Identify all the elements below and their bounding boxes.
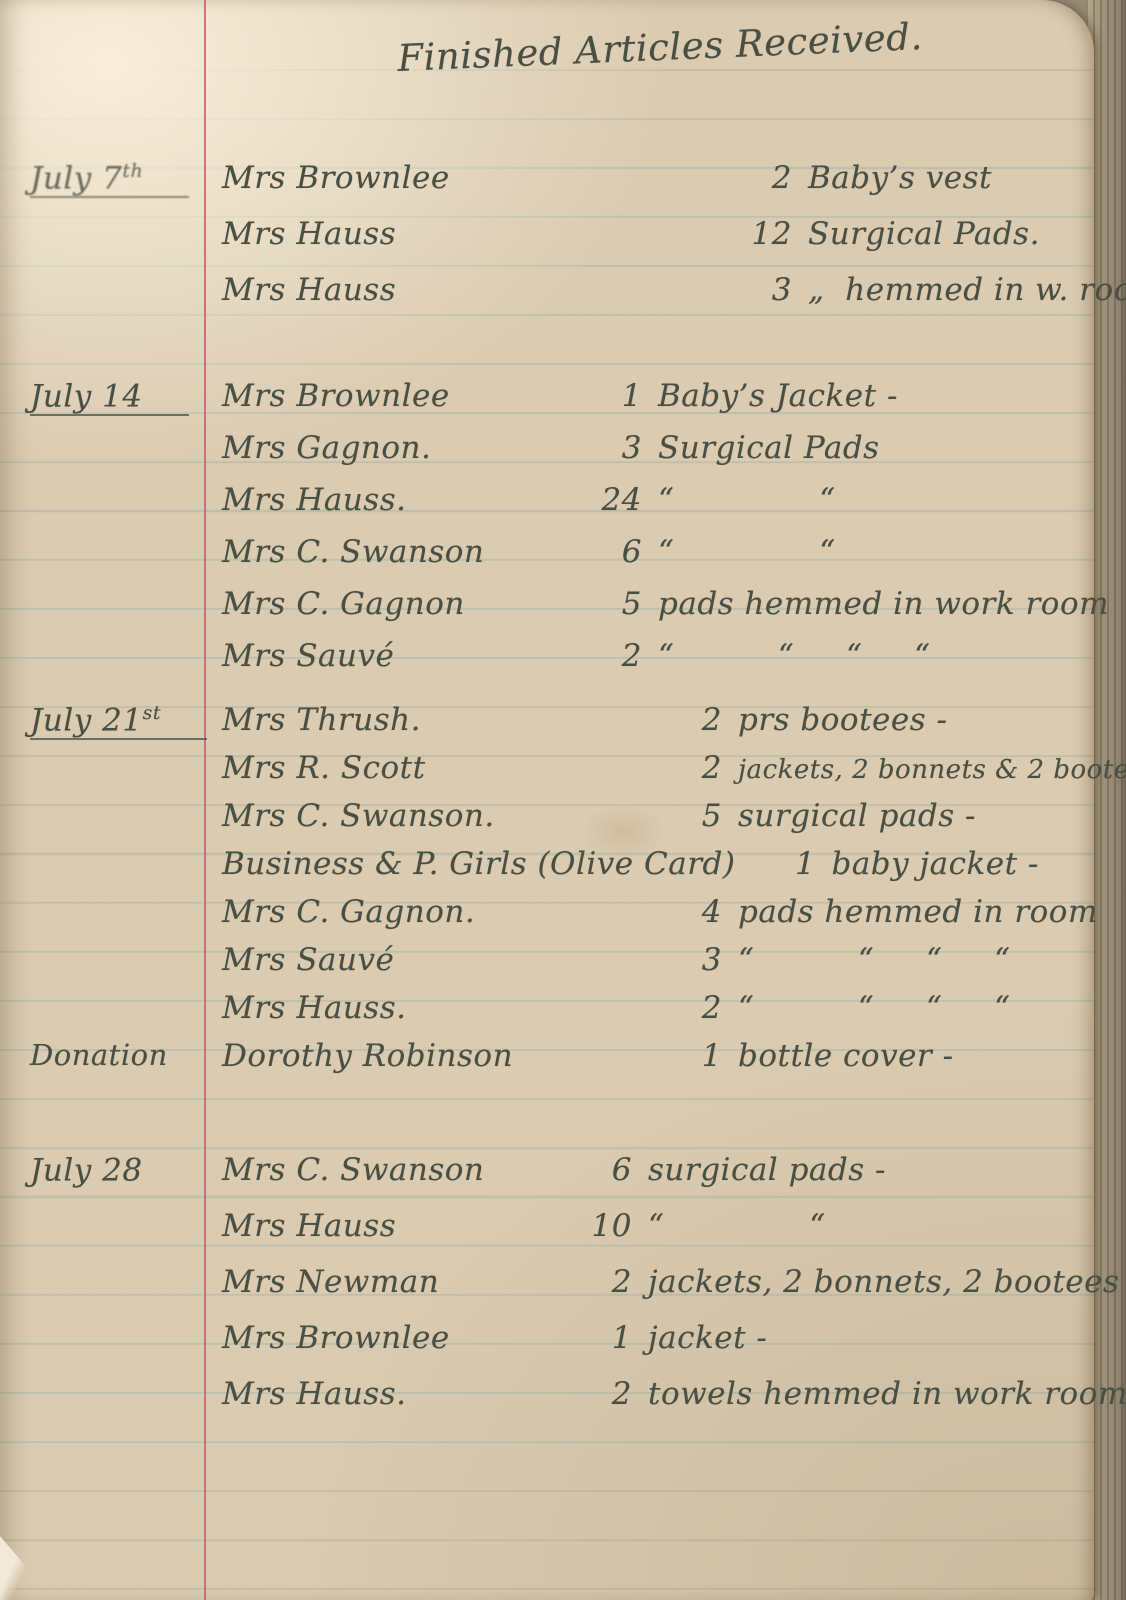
date-group-july-21: July 21st Mrs Thrush. 2 prs bootees - Mr…	[0, 702, 1094, 1086]
date-group-july-28: July 28 Mrs C. Swanson 6 surgical pads -…	[0, 1152, 1094, 1432]
photo-backdrop: Finished Articles Received. July 7th Mrs…	[0, 0, 1126, 1600]
item-description: Baby’s Jacket -	[658, 378, 898, 414]
date-label: July 7th	[30, 160, 189, 198]
quantity: 2	[562, 1264, 648, 1300]
quantity: 6	[562, 1152, 648, 1188]
page-corner-curl	[0, 1536, 30, 1600]
item-description: “ “	[658, 482, 836, 518]
contributor-name: Mrs C. Swanson.	[222, 798, 652, 834]
item-description: jacket -	[648, 1320, 767, 1356]
table-row: Mrs Brownlee 1 Baby’s Jacket -	[222, 378, 1094, 430]
contributor-name: Mrs Hauss	[222, 216, 722, 252]
quantity: 3	[572, 430, 658, 466]
quantity: 2	[562, 1376, 648, 1412]
quantity: 6	[572, 534, 658, 570]
table-row: Business & P. Girls (Olive Card) 1 baby …	[222, 846, 1094, 894]
contributor-name: Business & P. Girls (Olive Card)	[222, 846, 745, 882]
table-row: Mrs C. Swanson. 5 surgical pads -	[222, 798, 1094, 846]
table-row: Mrs Thrush. 2 prs bootees -	[222, 702, 1094, 750]
quantity: 3	[722, 272, 808, 308]
table-row: Mrs Hauss 3 „ hemmed in w. room	[222, 272, 1094, 328]
contributor-name: Mrs Brownlee	[222, 160, 722, 196]
page-title: Finished Articles Received.	[299, 11, 1020, 84]
date-group-july-14: July 14 Mrs Brownlee 1 Baby’s Jacket - M…	[0, 378, 1094, 690]
table-row: Mrs C. Swanson 6 “ “	[222, 534, 1094, 586]
table-row: Mrs Sauvé 2 “ “ “ “	[222, 638, 1094, 690]
ledger-rows: Mrs Brownlee 2 Baby’s vest Mrs Hauss 12 …	[222, 160, 1094, 328]
contributor-name: Mrs R. Scott	[222, 750, 652, 786]
item-description: “ “ “ “	[658, 638, 930, 674]
contributor-name: Mrs Sauvé	[222, 942, 652, 978]
quantity: 5	[572, 586, 658, 622]
table-row: Mrs Brownlee 1 jacket -	[222, 1320, 1094, 1376]
quantity: 10	[562, 1208, 648, 1244]
contributor-name: Mrs Brownlee	[222, 378, 572, 414]
contributor-name: Mrs Hauss	[222, 272, 722, 308]
table-row: Mrs Hauss 12 Surgical Pads.	[222, 216, 1094, 272]
item-description: bottle cover -	[738, 1038, 954, 1074]
item-description: pads hemmed in work room	[658, 586, 1109, 622]
quantity: 2	[572, 638, 658, 674]
table-row: Mrs C. Gagnon 5 pads hemmed in work room	[222, 586, 1094, 638]
table-row: Mrs Hauss 10 “ “	[222, 1208, 1094, 1264]
date-label: July 28	[30, 1152, 189, 1188]
contributor-name: Mrs C. Swanson	[222, 534, 572, 570]
item-description: prs bootees -	[738, 702, 947, 738]
item-description: “ “	[658, 534, 836, 570]
item-description: Surgical Pads	[658, 430, 880, 466]
contributor-name: Mrs Hauss.	[222, 1376, 562, 1412]
ledger-rows: Mrs Thrush. 2 prs bootees - Mrs R. Scott…	[222, 702, 1094, 1086]
date-label: July 14	[30, 378, 189, 416]
date-ordinal: st	[143, 702, 161, 724]
quantity: 5	[652, 798, 738, 834]
quantity: 24	[572, 482, 658, 518]
quantity: 2	[652, 990, 738, 1026]
contributor-name: Mrs C. Gagnon	[222, 586, 572, 622]
date-label: July 21st	[30, 702, 207, 740]
item-description: “ “ “ “	[738, 990, 1010, 1026]
item-description: “ “ “ “	[738, 942, 1010, 978]
quantity: 1	[745, 846, 831, 882]
table-row: Donation Dorothy Robinson 1 bottle cover…	[222, 1038, 1094, 1086]
date-text: July 28	[30, 1152, 143, 1188]
quantity: 2	[722, 160, 808, 196]
date-text: July 21	[30, 702, 143, 738]
item-description: jackets, 2 bonnets & 2 bootees	[738, 755, 1126, 785]
contributor-name: Mrs Hauss.	[222, 990, 652, 1026]
table-row: Mrs Hauss. 2 towels hemmed in work room.	[222, 1376, 1094, 1432]
contributor-name: Mrs Hauss.	[222, 482, 572, 518]
contributor-name: Mrs C. Gagnon.	[222, 894, 652, 930]
item-description: surgical pads -	[648, 1152, 886, 1188]
item-description: jackets, 2 bonnets, 2 bootees	[648, 1264, 1119, 1300]
quantity: 12	[722, 216, 808, 252]
quantity: 3	[652, 942, 738, 978]
quantity: 2	[652, 750, 738, 786]
contributor-name: Mrs Brownlee	[222, 1320, 562, 1356]
table-row: Mrs Newman 2 jackets, 2 bonnets, 2 boote…	[222, 1264, 1094, 1320]
table-row: Mrs Gagnon. 3 Surgical Pads	[222, 430, 1094, 482]
quantity: 1	[562, 1320, 648, 1356]
item-description: surgical pads -	[738, 798, 976, 834]
item-description: Surgical Pads.	[808, 216, 1040, 252]
contributor-name: Mrs Sauvé	[222, 638, 572, 674]
item-description: “ “	[648, 1208, 826, 1244]
contributor-name: Dorothy Robinson	[222, 1038, 652, 1074]
date-group-july-7: July 7th Mrs Brownlee 2 Baby’s vest Mrs …	[0, 160, 1094, 328]
notebook-page: Finished Articles Received. July 7th Mrs…	[0, 0, 1094, 1600]
table-row: Mrs C. Gagnon. 4 pads hemmed in room	[222, 894, 1094, 942]
quantity: 4	[652, 894, 738, 930]
ledger-rows: Mrs C. Swanson 6 surgical pads - Mrs Hau…	[222, 1152, 1094, 1432]
contributor-name: Mrs Hauss	[222, 1208, 562, 1244]
quantity: 1	[572, 378, 658, 414]
table-row: Mrs Hauss. 2 “ “ “ “	[222, 990, 1094, 1038]
table-row: Mrs Brownlee 2 Baby’s vest	[222, 160, 1094, 216]
item-description: baby jacket -	[831, 846, 1038, 882]
item-description: Baby’s vest	[808, 160, 992, 196]
quantity: 1	[652, 1038, 738, 1074]
table-row: Mrs Sauvé 3 “ “ “ “	[222, 942, 1094, 990]
contributor-name: Mrs C. Swanson	[222, 1152, 562, 1188]
quantity: 2	[652, 702, 738, 738]
item-description: towels hemmed in work room.	[648, 1376, 1126, 1412]
item-description: „ hemmed in w. room	[808, 272, 1126, 308]
item-description: pads hemmed in room	[738, 894, 1098, 930]
donation-label: Donation	[30, 1038, 168, 1072]
contributor-name: Mrs Newman	[222, 1264, 562, 1300]
table-row: Mrs C. Swanson 6 surgical pads -	[222, 1152, 1094, 1208]
table-row: Mrs R. Scott 2 jackets, 2 bonnets & 2 bo…	[222, 750, 1094, 798]
date-text: July 14	[30, 378, 143, 414]
date-ordinal: th	[122, 160, 143, 182]
ledger-rows: Mrs Brownlee 1 Baby’s Jacket - Mrs Gagno…	[222, 378, 1094, 690]
date-text: July 7	[30, 160, 122, 196]
table-row: Mrs Hauss. 24 “ “	[222, 482, 1094, 534]
contributor-name: Mrs Gagnon.	[222, 430, 572, 466]
contributor-name: Mrs Thrush.	[222, 702, 652, 738]
